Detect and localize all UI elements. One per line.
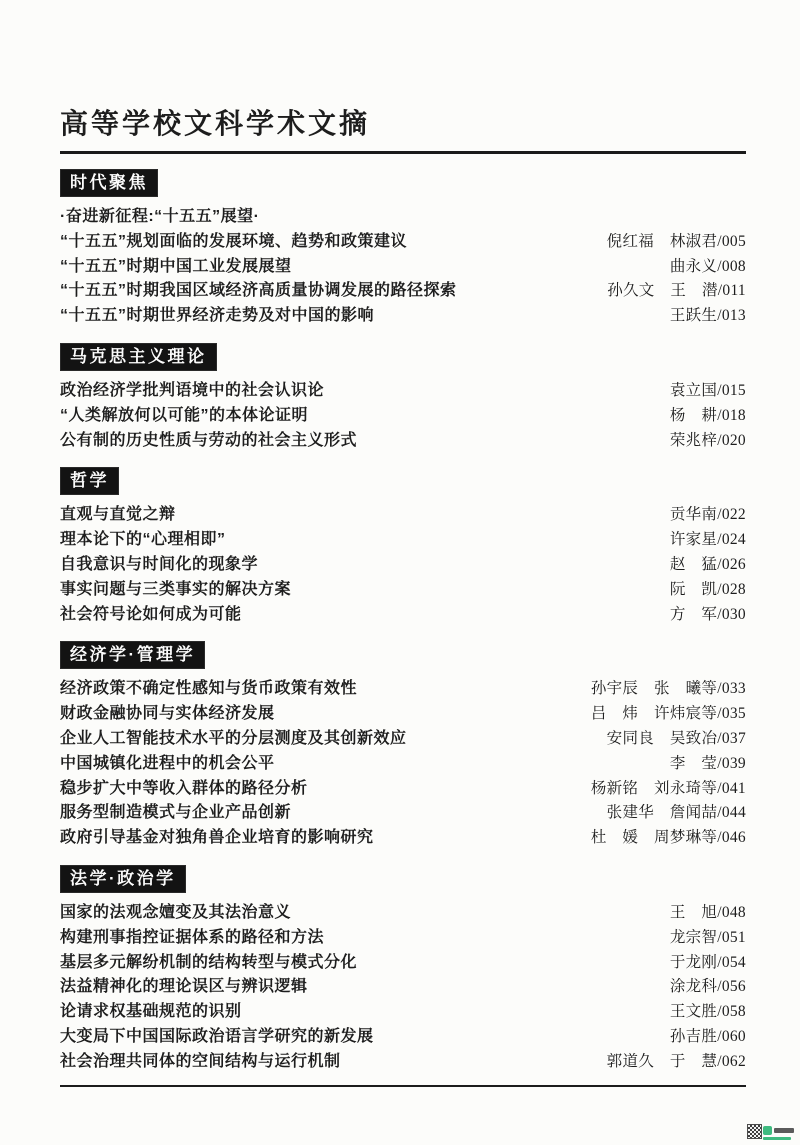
section: 法学·政治学 国家的法观念嬗变及其法治意义 王 旭/048 构建刑事指控证据体系… xyxy=(60,865,746,1075)
entry-title: “十五五”时期中国工业发展展望 xyxy=(60,255,292,280)
entry-row: “十五五”时期世界经济走势及对中国的影响 王跃生/013 xyxy=(60,304,746,329)
journal-toc-page: 高等学校文科学术文摘 时代聚焦 ·奋进新征程:“十五五”展望· “十五五”规划面… xyxy=(0,0,800,1145)
toc-content: 高等学校文科学术文摘 时代聚焦 ·奋进新征程:“十五五”展望· “十五五”规划面… xyxy=(60,0,746,1087)
entry-row: 大变局下中国国际政治语言学研究的新发展 孙吉胜/060 xyxy=(60,1025,746,1050)
entry-byline: 郭道久 于 慧/062 xyxy=(607,1050,746,1075)
entry-row: 社会符号论如何成为可能 方 军/030 xyxy=(60,603,746,628)
entry-title: “十五五”时期我国区域经济高质量协调发展的路径探索 xyxy=(60,279,457,304)
entry-row: 公有制的历史性质与劳动的社会主义形式 荣兆梓/020 xyxy=(60,429,746,454)
entry-row: 经济政策不确定性感知与货币政策有效性 孙宇辰 张 曦等/033 xyxy=(60,677,746,702)
entry-row: 国家的法观念嬗变及其法治意义 王 旭/048 xyxy=(60,901,746,926)
entry-row: 基层多元解纷机制的结构转型与模式分化 于龙刚/054 xyxy=(60,951,746,976)
entry-byline: 孙宇辰 张 曦等/033 xyxy=(591,677,746,702)
entry-title: 构建刑事指控证据体系的路径和方法 xyxy=(60,926,324,951)
entry-byline: 王 旭/048 xyxy=(670,901,746,926)
watermark-caption-bar xyxy=(763,1137,791,1140)
entry-row: 论请求权基础规范的识别 王文胜/058 xyxy=(60,1000,746,1025)
entry-title: 事实问题与三类事实的解决方案 xyxy=(60,578,291,603)
entry-title: 稳步扩大中等收入群体的路径分析 xyxy=(60,777,308,802)
entry-byline: 安同良 吴致冶/037 xyxy=(607,727,746,752)
entry-title: 社会符号论如何成为可能 xyxy=(60,603,242,628)
entry-byline: 王跃生/013 xyxy=(670,304,746,329)
entry-byline: 李 莹/039 xyxy=(670,752,746,777)
entry-byline: 涂龙科/056 xyxy=(670,975,746,1000)
qr-code-icon xyxy=(748,1125,761,1138)
entry-title: 直观与直觉之辩 xyxy=(60,503,176,528)
entry-title: 论请求权基础规范的识别 xyxy=(60,1000,242,1025)
entry-title: 国家的法观念嬗变及其法治意义 xyxy=(60,901,291,926)
entry-row: 中国城镇化进程中的机会公平 李 莹/039 xyxy=(60,752,746,777)
entry-title: 理本论下的“心理相即” xyxy=(60,528,226,553)
entry-row: 事实问题与三类事实的解决方案 阮 凯/028 xyxy=(60,578,746,603)
entry-byline: 杜 媛 周梦琳等/046 xyxy=(591,826,746,851)
entry-title: 政治经济学批判语境中的社会认识论 xyxy=(60,379,324,404)
entry-byline: 赵 猛/026 xyxy=(670,553,746,578)
section: 经济学·管理学 经济政策不确定性感知与货币政策有效性 孙宇辰 张 曦等/033 … xyxy=(60,641,746,851)
entry-row: 政府引导基金对独角兽企业培育的影响研究 杜 媛 周梦琳等/046 xyxy=(60,826,746,851)
entry-row: 财政金融协同与实体经济发展 吕 炜 许炜宸等/035 xyxy=(60,702,746,727)
entry-byline: 王文胜/058 xyxy=(670,1000,746,1025)
entry-title: 自我意识与时间化的现象学 xyxy=(60,553,258,578)
entry-row: 社会治理共同体的空间结构与运行机制 郭道久 于 慧/062 xyxy=(60,1050,746,1075)
entry-byline: 孙久文 王 潜/011 xyxy=(607,279,746,304)
entry-row: 直观与直觉之辩 贡华南/022 xyxy=(60,503,746,528)
entry-byline: 许家星/024 xyxy=(670,528,746,553)
entry-byline: 倪红福 林淑君/005 xyxy=(607,230,746,255)
section-header: 经济学·管理学 xyxy=(60,641,205,669)
entry-title: 经济政策不确定性感知与货币政策有效性 xyxy=(60,677,357,702)
entry-list: 国家的法观念嬗变及其法治意义 王 旭/048 构建刑事指控证据体系的路径和方法 … xyxy=(60,901,746,1075)
bottom-rule xyxy=(60,1085,746,1087)
entry-title: 政府引导基金对独角兽企业培育的影响研究 xyxy=(60,826,374,851)
section-subheading: ·奋进新征程:“十五五”展望· xyxy=(60,205,746,230)
entry-row: “十五五”时期中国工业发展展望 曲永义/008 xyxy=(60,255,746,280)
entry-byline: 杨新铭 刘永琦等/041 xyxy=(591,777,746,802)
entry-list: 经济政策不确定性感知与货币政策有效性 孙宇辰 张 曦等/033 财政金融协同与实… xyxy=(60,677,746,851)
entry-byline: 于龙刚/054 xyxy=(670,951,746,976)
section-header: 马克思主义理论 xyxy=(60,343,217,371)
section-header: 时代聚焦 xyxy=(60,169,158,197)
entry-row: 法益精神化的理论误区与辨识逻辑 涂龙科/056 xyxy=(60,975,746,1000)
section-header: 法学·政治学 xyxy=(60,865,186,893)
entry-row: 理本论下的“心理相即” 许家星/024 xyxy=(60,528,746,553)
entry-byline: 贡华南/022 xyxy=(670,503,746,528)
entry-row: 企业人工智能技术水平的分层测度及其创新效应 安同良 吴致冶/037 xyxy=(60,727,746,752)
entry-title: 法益精神化的理论误区与辨识逻辑 xyxy=(60,975,308,1000)
entry-title: 大变局下中国国际政治语言学研究的新发展 xyxy=(60,1025,374,1050)
entry-byline: 曲永义/008 xyxy=(670,255,746,280)
entry-row: 服务型制造模式与企业产品创新 张建华 詹闻喆/044 xyxy=(60,801,746,826)
entry-title: 基层多元解纷机制的结构转型与模式分化 xyxy=(60,951,357,976)
entry-title: “十五五”时期世界经济走势及对中国的影响 xyxy=(60,304,374,329)
watermark-label xyxy=(763,1125,794,1140)
entry-row: 政治经济学批判语境中的社会认识论 袁立国/015 xyxy=(60,379,746,404)
entry-list: “十五五”规划面临的发展环境、趋势和政策建议 倪红福 林淑君/005 “十五五”… xyxy=(60,230,746,329)
entry-byline: 阮 凯/028 xyxy=(670,578,746,603)
entry-byline: 吕 炜 许炜宸等/035 xyxy=(591,702,746,727)
entry-row: “十五五”时期我国区域经济高质量协调发展的路径探索 孙久文 王 潜/011 xyxy=(60,279,746,304)
entry-title: 服务型制造模式与企业产品创新 xyxy=(60,801,291,826)
entry-list: 政治经济学批判语境中的社会认识论 袁立国/015 “人类解放何以可能”的本体论证… xyxy=(60,379,746,453)
entry-title: 社会治理共同体的空间结构与运行机制 xyxy=(60,1050,341,1075)
entry-row: 稳步扩大中等收入群体的路径分析 杨新铭 刘永琦等/041 xyxy=(60,777,746,802)
entry-byline: 方 军/030 xyxy=(670,603,746,628)
section: 马克思主义理论 政治经济学批判语境中的社会认识论 袁立国/015 “人类解放何以… xyxy=(60,343,746,453)
entry-row: “人类解放何以可能”的本体论证明 杨 耕/018 xyxy=(60,404,746,429)
section: 哲学 直观与直觉之辩 贡华南/022 理本论下的“心理相即” 许家星/024 自… xyxy=(60,467,746,627)
entry-row: “十五五”规划面临的发展环境、趋势和政策建议 倪红福 林淑君/005 xyxy=(60,230,746,255)
page-title: 高等学校文科学术文摘 xyxy=(60,0,746,154)
scan-app-badge-icon xyxy=(763,1126,772,1135)
sections: 时代聚焦 ·奋进新征程:“十五五”展望· “十五五”规划面临的发展环境、趋势和政… xyxy=(60,169,746,1075)
entry-byline: 杨 耕/018 xyxy=(670,404,746,429)
entry-title: 财政金融协同与实体经济发展 xyxy=(60,702,275,727)
section-header: 哲学 xyxy=(60,467,119,495)
entry-title: 公有制的历史性质与劳动的社会主义形式 xyxy=(60,429,357,454)
entry-byline: 龙宗智/051 xyxy=(670,926,746,951)
entry-byline: 袁立国/015 xyxy=(670,379,746,404)
entry-list: 直观与直觉之辩 贡华南/022 理本论下的“心理相即” 许家星/024 自我意识… xyxy=(60,503,746,627)
watermark-text-bar xyxy=(774,1128,794,1133)
entry-byline: 张建华 詹闻喆/044 xyxy=(607,801,746,826)
section: 时代聚焦 ·奋进新征程:“十五五”展望· “十五五”规划面临的发展环境、趋势和政… xyxy=(60,169,746,329)
entry-title: “人类解放何以可能”的本体论证明 xyxy=(60,404,308,429)
entry-row: 构建刑事指控证据体系的路径和方法 龙宗智/051 xyxy=(60,926,746,951)
entry-title: 企业人工智能技术水平的分层测度及其创新效应 xyxy=(60,727,407,752)
qr-watermark xyxy=(748,1125,794,1140)
entry-byline: 荣兆梓/020 xyxy=(670,429,746,454)
entry-row: 自我意识与时间化的现象学 赵 猛/026 xyxy=(60,553,746,578)
entry-title: 中国城镇化进程中的机会公平 xyxy=(60,752,275,777)
entry-byline: 孙吉胜/060 xyxy=(670,1025,746,1050)
entry-title: “十五五”规划面临的发展环境、趋势和政策建议 xyxy=(60,230,407,255)
